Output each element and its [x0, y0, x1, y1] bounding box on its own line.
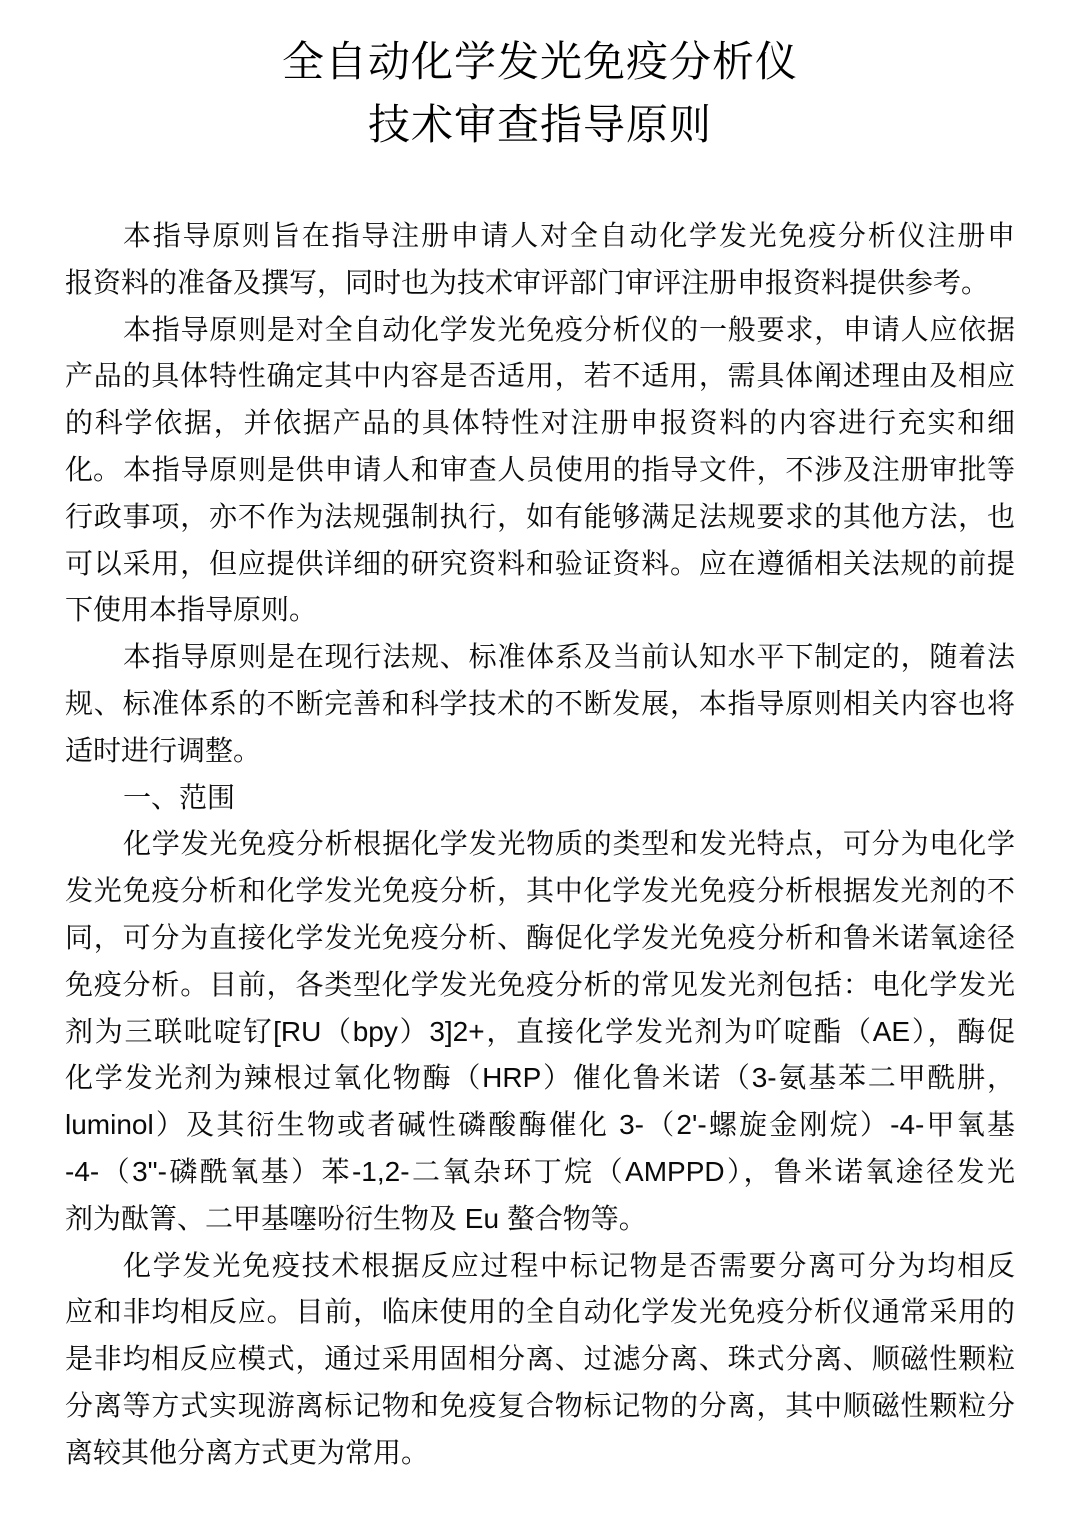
text-line: 本指导原则旨在指导注册申请人对全自动化学发光免疫分析仪注册申: [65, 213, 1015, 260]
section-heading: 一、范围: [65, 775, 1015, 822]
document-page: 全自动化学发光免疫分析仪 技术审查指导原则 本指导原则旨在指导注册申请人对全自动…: [0, 0, 1080, 1526]
paragraph: 本指导原则旨在指导注册申请人对全自动化学发光免疫分析仪注册申报资料的准备及撰写，…: [65, 213, 1015, 307]
text-line: 的科学依据，并依据产品的具体特性对注册申报资料的内容进行充实和细化。: [65, 400, 1015, 447]
document-title: 全自动化学发光免疫分析仪 技术审查指导原则: [65, 30, 1015, 156]
text-line: 同，可分为直接化学发光免疫分析、酶促化学发光免疫分析和鲁米诺氧途径: [65, 915, 1015, 962]
text-line: 应和非均相反应。目前，临床使用的全自动化学发光免疫分析仪通常采用的: [65, 1289, 1015, 1336]
paragraph: 化学发光免疫分析根据化学发光物质的类型和发光特点，可分为电化学发光免疫分析和化学…: [65, 821, 1015, 1242]
text-line: 免疫分析。目前，各类型化学发光免疫分析的常见发光剂包括：电化学发光: [65, 962, 1015, 1009]
title-line-1: 全自动化学发光免疫分析仪: [65, 30, 1015, 93]
text-line: 本指导原则是在现行法规、标准体系及当前认知水平下制定的，随着法: [65, 634, 1015, 681]
text-line: 是非均相反应模式，通过采用固相分离、过滤分离、珠式分离、顺磁性颗粒: [65, 1336, 1015, 1383]
text-line: 规、标准体系的不断完善和科学技术的不断发展，本指导原则相关内容也将: [65, 681, 1015, 728]
text-line: 发光免疫分析和化学发光免疫分析，其中化学发光免疫分析根据发光剂的不: [65, 868, 1015, 915]
text-line: 一、范围: [65, 775, 1015, 822]
text-line: 剂为酞箐、二甲基噻吩衍生物及 Eu 螯合物等。: [65, 1196, 1015, 1243]
paragraph: 本指导原则是对全自动化学发光免疫分析仪的一般要求，申请人应依据产品的具体特性确定…: [65, 307, 1015, 447]
paragraph: 本指导原则是供申请人和审查人员使用的指导文件，不涉及注册审批等行政事项，亦不作为…: [65, 447, 1015, 634]
document-body: 本指导原则旨在指导注册申请人对全自动化学发光免疫分析仪注册申报资料的准备及撰写，…: [65, 213, 1015, 1477]
text-line: 化学发光免疫分析根据化学发光物质的类型和发光特点，可分为电化学: [65, 821, 1015, 868]
paragraph: 化学发光免疫技术根据反应过程中标记物是否需要分离可分为均相反应和非均相反应。目前…: [65, 1243, 1015, 1477]
text-line: 本指导原则是供申请人和审查人员使用的指导文件，不涉及注册审批等: [65, 447, 1015, 494]
text-line: luminol）及其衍生物或者碱性磷酸酶催化 3-（2'-螺旋金刚烷）-4-甲氧…: [65, 1102, 1015, 1149]
text-line: 行政事项，亦不作为法规强制执行，如有能够满足法规要求的其他方法，也: [65, 494, 1015, 541]
title-line-2: 技术审查指导原则: [65, 93, 1015, 156]
text-line: 报资料的准备及撰写，同时也为技术审评部门审评注册申报资料提供参考。: [65, 260, 1015, 307]
text-line: -4-（3"-磷酰氧基）苯-1,2-二氧杂环丁烷（AMPPD），鲁米诺氧途径发光: [65, 1149, 1015, 1196]
text-line: 适时进行调整。: [65, 728, 1015, 775]
text-line: 分离等方式实现游离标记物和免疫复合物标记物的分离，其中顺磁性颗粒分: [65, 1383, 1015, 1430]
text-line: 产品的具体特性确定其中内容是否适用，若不适用，需具体阐述理由及相应: [65, 353, 1015, 400]
text-line: 可以采用，但应提供详细的研究资料和验证资料。应在遵循相关法规的前提: [65, 541, 1015, 588]
text-line: 化学发光免疫技术根据反应过程中标记物是否需要分离可分为均相反: [65, 1243, 1015, 1290]
text-line: 离较其他分离方式更为常用。: [65, 1430, 1015, 1477]
text-line: 本指导原则是对全自动化学发光免疫分析仪的一般要求，申请人应依据: [65, 307, 1015, 354]
text-line: 剂为三联吡啶钌[RU（bpy）3]2+，直接化学发光剂为吖啶酯（AE），酶促: [65, 1009, 1015, 1056]
paragraph: 本指导原则是在现行法规、标准体系及当前认知水平下制定的，随着法规、标准体系的不断…: [65, 634, 1015, 774]
text-line: 化学发光剂为辣根过氧化物酶（HRP）催化鲁米诺（3-氨基苯二甲酰肼，: [65, 1055, 1015, 1102]
text-line: 下使用本指导原则。: [65, 587, 1015, 634]
